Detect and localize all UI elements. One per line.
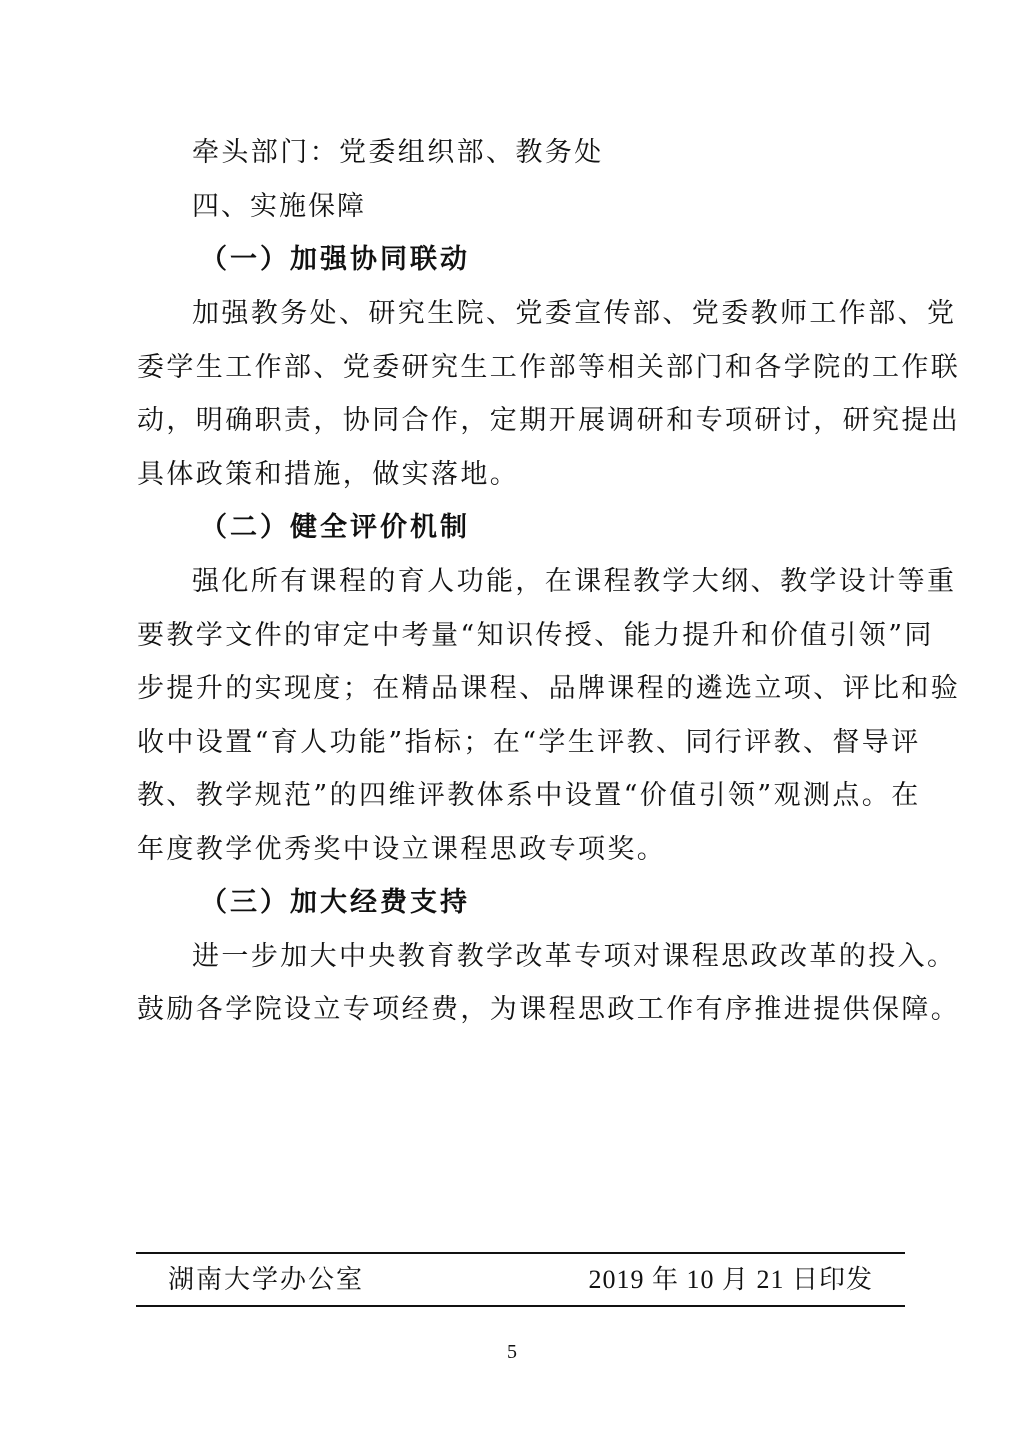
paragraph-line: 鼓励各学院设立专项经费，为课程思政工作有序推进提供保障。 <box>137 990 905 1030</box>
subsection-heading-2: （二）健全评价机制 <box>200 508 968 548</box>
section-heading: 四、实施保障 <box>192 187 905 227</box>
paragraph-line: 强化所有课程的育人功能，在课程教学大纲、教学设计等重 <box>192 562 905 602</box>
document-page: 牵头部门：党委组织部、教务处 四、实施保障 （一）加强协同联动 加强教务处、研究… <box>0 0 1024 1448</box>
footer-top-rule <box>136 1252 905 1254</box>
paragraph-line: 进一步加大中央教育教学改革专项对课程思政改革的投入。 <box>192 937 905 977</box>
footer-bottom-rule <box>136 1305 905 1307</box>
issuer-name: 湖南大学办公室 <box>168 1262 364 1298</box>
subsection-heading-1: （一）加强协同联动 <box>200 240 968 280</box>
paragraph-line: 步提升的实现度；在精品课程、品牌课程的遴选立项、评比和验 <box>137 669 905 709</box>
paragraph-line: 教、教学规范”的四维评教体系中设置“价值引领”观测点。在 <box>137 776 905 816</box>
paragraph-line: 动，明确职责，协同合作，定期开展调研和专项研讨，研究提出 <box>137 401 905 441</box>
page-number: 5 <box>0 1340 1024 1364</box>
paragraph-line: 具体政策和措施，做实落地。 <box>137 455 905 495</box>
paragraph-line: 委学生工作部、党委研究生工作部等相关部门和各学院的工作联 <box>137 348 905 388</box>
paragraph-line: 收中设置“育人功能”指标；在“学生评教、同行评教、督导评 <box>137 723 905 763</box>
paragraph-line: 加强教务处、研究生院、党委宣传部、党委教师工作部、党 <box>192 294 905 334</box>
issue-date: 2019 年 10 月 21 日印发 <box>588 1262 873 1298</box>
paragraph-line: 要教学文件的审定中考量“知识传授、能力提升和价值引领”同 <box>137 616 905 656</box>
lead-department-line: 牵头部门：党委组织部、教务处 <box>192 133 905 173</box>
subsection-heading-3: （三）加大经费支持 <box>200 883 968 923</box>
paragraph-line: 年度教学优秀奖中设立课程思政专项奖。 <box>137 830 905 870</box>
